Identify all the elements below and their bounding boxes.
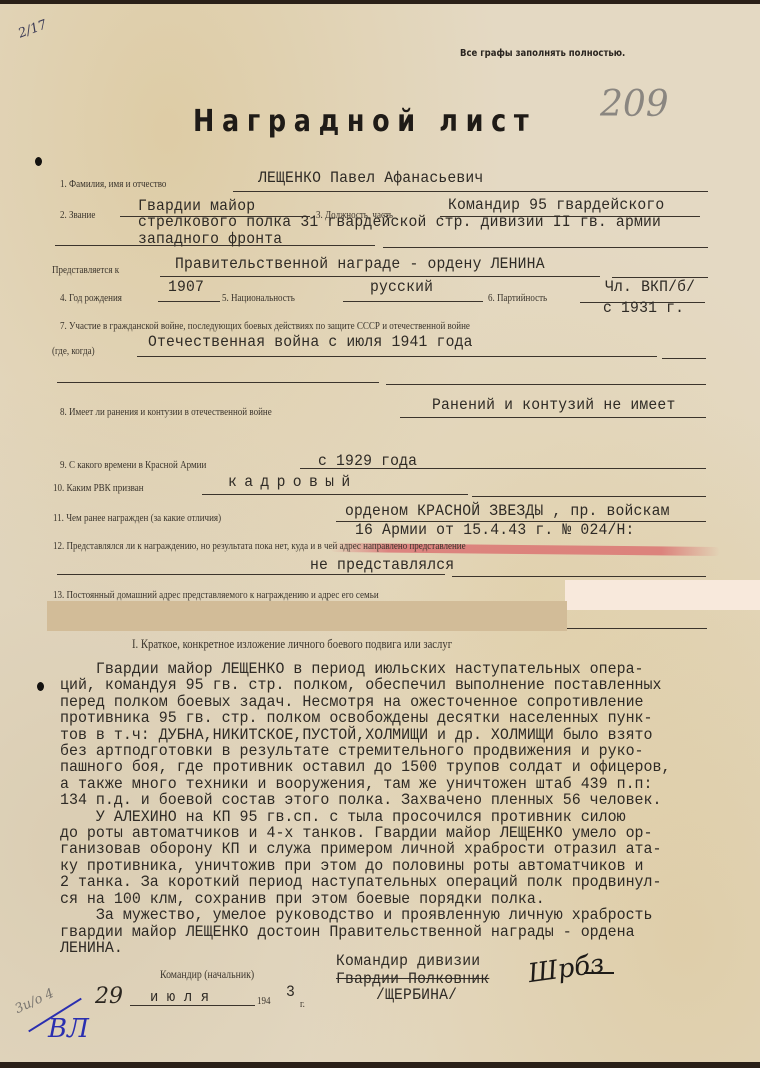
nominated-underline (160, 276, 600, 277)
f10-underline-2 (472, 496, 706, 497)
f10-underline (202, 494, 468, 495)
f5-underline (343, 301, 483, 302)
f11-label: 11. Чем ранее награжден (за какие отличи… (53, 512, 221, 524)
signer-title-1: Командир дивизии (336, 952, 480, 970)
f4-label: 4. Год рождения (60, 292, 122, 304)
punch-hole-mark (35, 157, 42, 166)
f4-value: 1907 (168, 278, 204, 296)
f8-underline (400, 417, 706, 418)
f7-label-2: (где, когда) (52, 345, 95, 357)
date-month: и ю л я (150, 989, 209, 1006)
punch-hole-mark-2 (37, 682, 44, 691)
f3-value-1: Командир 95 гвардейского (448, 196, 664, 214)
merit-narrative: Гвардии майор ЛЕЩЕНКО в период июльских … (60, 661, 705, 956)
f6-value-2: с 1931 г. (603, 299, 684, 317)
document-title: Наградной лист (193, 104, 536, 139)
signature-tail (584, 972, 614, 974)
narrative-line: без артподготовки в результате стремител… (60, 743, 705, 759)
narrative-line: ся на 100 клм, сохранив при этом боевые … (60, 891, 705, 907)
narrative-line: тов в т.ч: ДУБНА,НИКИТСКОЕ,ПУСТОЙ,ХОЛМИЩ… (60, 727, 705, 743)
narrative-line: 2 танка. За короткий период наступательн… (60, 874, 705, 890)
f5-label: 5. Национальность (222, 292, 295, 304)
redaction-block-right (565, 580, 760, 610)
f12-value: не представлялся (310, 556, 454, 574)
date-year-g: г. (300, 998, 305, 1010)
f13-label: 13. Постоянный домашний адрес представля… (53, 589, 379, 601)
f2-label: 2. Звание (60, 209, 95, 221)
f9-underline (300, 468, 706, 469)
narrative-line: У АЛЕХИНО на КП 95 гв.сп. с тыла просочи… (60, 809, 705, 825)
f11-value-1: орденом КРАСНОЙ ЗВЕЗДЫ , пр. войскам (345, 502, 670, 520)
date-day: 29 (95, 984, 123, 1009)
narrative-line: 134 п.д. и боевой состав этого полка. За… (60, 792, 705, 808)
f7-underline-1b (662, 358, 706, 359)
date-year-suffix: 3 (286, 983, 295, 1001)
f3-underline-2 (55, 245, 375, 246)
narrative-line: пашного боя, где противник оставил до 15… (60, 759, 705, 775)
f3-underline-3 (383, 247, 708, 248)
f8-value: Ранений и контузий не имеет (432, 396, 675, 414)
f9-label: 9. С какого времени в Красной Армии (60, 459, 206, 471)
f4-underline (158, 301, 220, 302)
date-underline (130, 1005, 255, 1006)
f3-value-2: стрелкового полка 31 гвардейской стр. ди… (138, 213, 661, 231)
nominated-value: Правительственной награде - ордену ЛЕНИН… (175, 255, 545, 273)
date-year-prefix: 194 (257, 995, 271, 1007)
f13-underline (567, 628, 707, 629)
narrative-line: ку противника, уничтожив при этом до пол… (60, 858, 705, 874)
f12-underline-2 (452, 576, 706, 577)
margin-pencil-note: 3и/о 4 (13, 986, 57, 1017)
f6-label: 6. Партийность (488, 292, 547, 304)
corner-note: 2/17 (16, 17, 49, 41)
narrative-line: ганизовав оборону КП и служа примером ли… (60, 841, 705, 857)
f10-value: кадровый (228, 473, 358, 491)
f5-value: русский (370, 278, 433, 296)
narrative-line: перед полком боевых задач. Несмотря на о… (60, 694, 705, 710)
narrative-line: гвардии майор ЛЕЩЕНКО достоин Правительс… (60, 924, 705, 940)
award-sheet-page: 2/17 Все графы заполнять полностью. Нагр… (0, 0, 760, 1068)
handwritten-number: 209 (600, 84, 669, 125)
narrative-line: противника 95 гв. стр. полком освобожден… (60, 710, 705, 726)
commander-label: Командир (начальник) (160, 967, 254, 982)
narrative-line: до роты автоматчиков и 4-х танков. Гвард… (60, 825, 705, 841)
f7-underline-2 (57, 382, 379, 383)
fill-instruction: Все графы заполнять полностью. (460, 48, 625, 59)
f12-underline (57, 574, 445, 575)
f1-value: ЛЕЩЕНКО Павел Афанасьевич (258, 169, 483, 187)
f8-label: 8. Имеет ли ранения и контузии в отечест… (60, 406, 272, 418)
f7-underline-1 (137, 356, 657, 357)
narrative-line: За мужество, умелое руководство и проявл… (60, 907, 705, 923)
f7-underline-2b (386, 384, 706, 385)
f12-label: 12. Представлялся ли к награждению, но р… (53, 540, 466, 552)
nominated-label: Представляется к (52, 264, 119, 276)
signer-name: /ЩЕРБИНА/ (376, 986, 457, 1004)
f1-label: 1. Фамилия, имя и отчество (60, 178, 166, 190)
redaction-block-left (47, 601, 567, 631)
section-heading: I. Краткое, конкретное изложение личного… (132, 636, 452, 652)
f6-value-1: Чл. ВКП/б/ (605, 278, 695, 296)
narrative-line: а также много техники и вооружения, там … (60, 776, 705, 792)
f7-label: 7. Участие в гражданской войне, последую… (60, 320, 470, 332)
f10-label: 10. Каким РВК призван (53, 482, 144, 494)
f11-value-2: 16 Армии от 15.4.43 г. № 024/Н: (355, 521, 635, 539)
f7-value: Отечественная война с июля 1941 года (148, 333, 473, 351)
f1-underline (233, 191, 708, 192)
blue-ink-initials: ВЛ (48, 1014, 89, 1044)
narrative-line: Гвардии майор ЛЕЩЕНКО в период июльских … (60, 661, 705, 677)
narrative-line: ций, командуя 95 гв. стр. полком, обеспе… (60, 677, 705, 693)
